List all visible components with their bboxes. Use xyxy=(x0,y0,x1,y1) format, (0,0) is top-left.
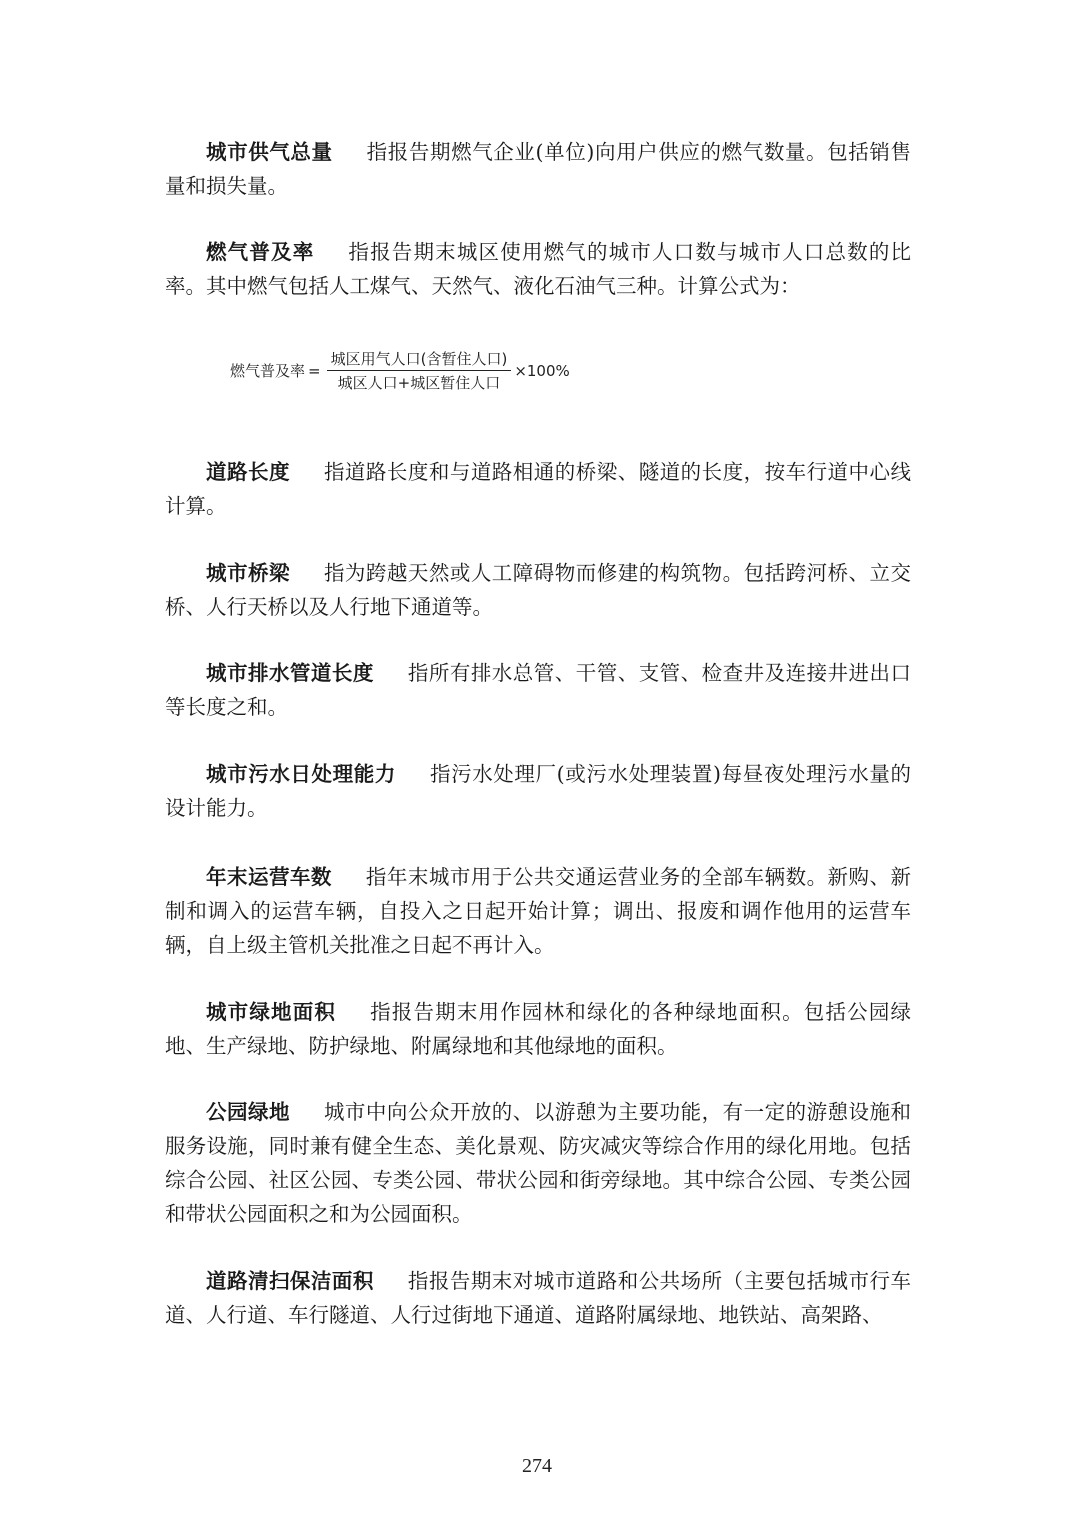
page-number: 274 xyxy=(0,1455,1074,1478)
formula-numerator: 城区用气人口(含暂住人口) xyxy=(327,348,512,371)
entry-term: 公园绿地 xyxy=(206,1100,290,1124)
entry-green-area: 城市绿地面积指报告期末用作园林和绿化的各种绿地面积。包括公园绿地、生产绿地、防护… xyxy=(165,995,911,1063)
entry-term: 城市绿地面积 xyxy=(206,1000,336,1024)
formula-multiplier: ×100% xyxy=(514,362,569,380)
entry-operating-vehicles: 年末运营车数指年末城市用于公共交通运营业务的全部车辆数。新购、新制和调入的运营车… xyxy=(165,860,911,962)
entry-drainage-pipe-length: 城市排水管道长度指所有排水总管、干管、支管、检查井及连接井进出口等长度之和。 xyxy=(165,656,911,724)
formula-denominator: 城区人口+城区暂住人口 xyxy=(334,371,505,393)
entry-term: 城市排水管道长度 xyxy=(206,661,374,685)
entry-term: 城市桥梁 xyxy=(206,561,290,585)
gas-penetration-formula: 燃气普及率 = 城区用气人口(含暂住人口) 城区人口+城区暂住人口 ×100% xyxy=(230,348,570,393)
entry-term: 城市供气总量 xyxy=(206,140,333,164)
entry-term: 道路清扫保洁面积 xyxy=(206,1269,374,1293)
entry-gas-penetration-rate: 燃气普及率指报告期末城区使用燃气的城市人口数与城市人口总数的比率。其中燃气包括人… xyxy=(165,235,911,303)
entry-sewage-capacity: 城市污水日处理能力指污水处理厂(或污水处理装置)每昼夜处理污水量的设计能力。 xyxy=(165,757,911,825)
entry-term: 燃气普及率 xyxy=(206,240,314,264)
entry-term: 城市污水日处理能力 xyxy=(206,762,396,786)
entry-term: 年末运营车数 xyxy=(206,865,332,889)
formula-equals: = xyxy=(308,362,321,380)
entry-term: 道路长度 xyxy=(206,460,290,484)
entry-park-green-space: 公园绿地城市中向公众开放的、以游憩为主要功能，有一定的游憩设施和服务设施，同时兼… xyxy=(165,1095,911,1231)
entry-gas-supply-total: 城市供气总量指报告期燃气企业(单位)向用户供应的燃气数量。包括销售量和损失量。 xyxy=(165,135,911,203)
formula-fraction: 城区用气人口(含暂住人口) 城区人口+城区暂住人口 xyxy=(327,348,512,393)
entry-city-bridges: 城市桥梁指为跨越天然或人工障碍物而修建的构筑物。包括跨河桥、立交桥、人行天桥以及… xyxy=(165,556,911,624)
entry-road-cleaning-area: 道路清扫保洁面积指报告期末对城市道路和公共场所（主要包括城市行车道、人行道、车行… xyxy=(165,1264,911,1332)
formula-lhs: 燃气普及率 xyxy=(230,360,305,381)
entry-road-length: 道路长度指道路长度和与道路相通的桥梁、隧道的长度，按车行道中心线计算。 xyxy=(165,455,911,523)
